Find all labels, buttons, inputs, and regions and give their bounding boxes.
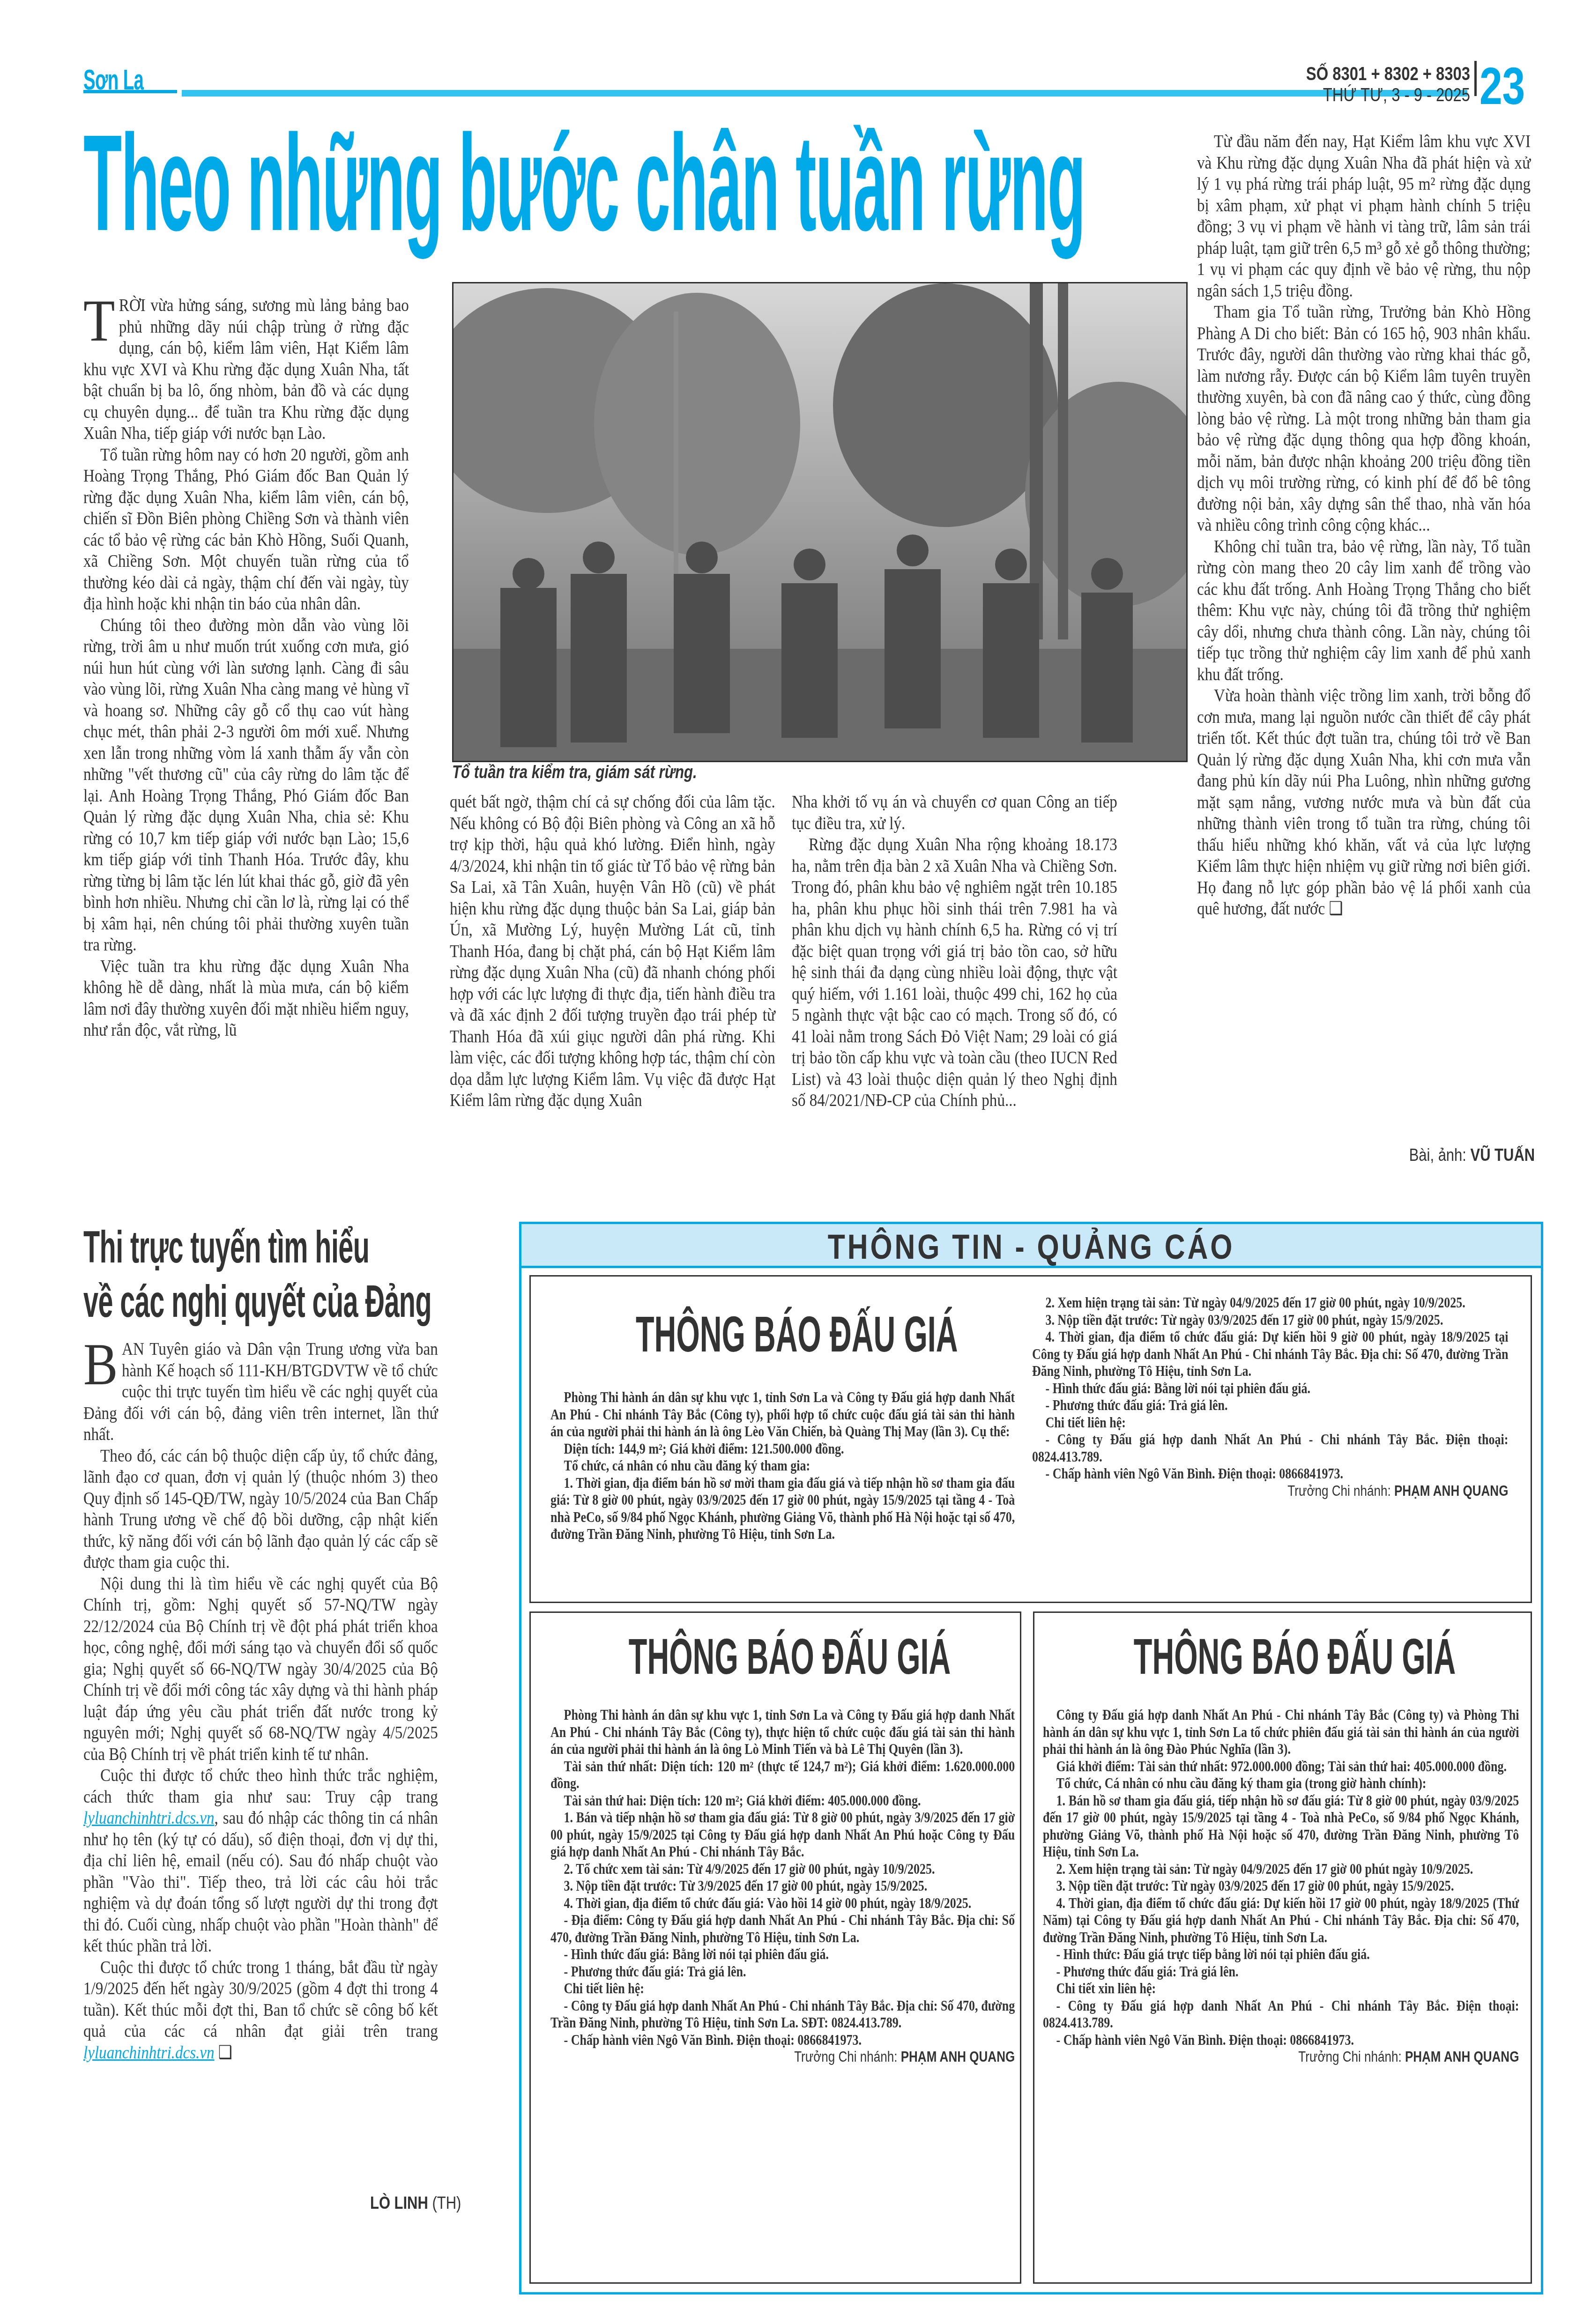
photo-caption: Tổ tuần tra kiểm tra, giám sát rừng. xyxy=(452,763,697,783)
dropcap: T xyxy=(83,298,115,343)
header-divider xyxy=(1474,61,1477,96)
issue-info: SỐ 8301 + 8302 + 8303 THỨ TƯ, 3 - 9 - 20… xyxy=(1270,63,1470,105)
main-article-column-1: TRỜI vừa hửng sáng, sương mù lảng bảng b… xyxy=(83,295,409,1041)
paragraph: Cuộc thi được tổ chức trong 1 tháng, bắt… xyxy=(83,1957,438,2064)
forest-patrol-photo xyxy=(452,282,1188,762)
paragraph: Tham gia Tổ tuần rừng, Trưởng bản Khò Hồ… xyxy=(1197,302,1531,536)
auction-notice-body: Phòng Thi hành án dân sự khu vực 1, tỉnh… xyxy=(550,1707,1015,2066)
issue-date: THỨ TƯ, 3 - 9 - 2025 xyxy=(1306,85,1470,105)
paragraph: Vừa hoàn thành việc trồng lim xanh, trời… xyxy=(1197,685,1531,920)
paragraph: Rừng đặc dụng Xuân Nha rộng khoảng 18.17… xyxy=(792,834,1117,1112)
paragraph: Nha khởi tố vụ án và chuyển cơ quan Công… xyxy=(792,792,1117,834)
auction-notice-3: THÔNG BÁO ĐẤU GIÁ Công ty Đấu giá hợp da… xyxy=(1033,1611,1532,2284)
second-article-byline: LÒ LINH (TH) xyxy=(370,2193,461,2213)
header-accent-bar xyxy=(83,90,177,93)
auction-notice-signature: Trưởng Chi nhánh: PHẠM ANH QUANG xyxy=(1032,1483,1508,1500)
auction-notice-title: THÔNG BÁO ĐẤU GIÁ xyxy=(629,1627,922,1685)
paragraph: Từ đầu năm đến nay, Hạt Kiểm lâm khu vực… xyxy=(1197,131,1531,302)
auction-notice-signature: Trưởng Chi nhánh: PHẠM ANH QUANG xyxy=(550,2049,1015,2066)
main-article-column-2: quét bất ngờ, thậm chí cả sự chống đối c… xyxy=(450,792,775,1112)
author-name: VŨ TUẤN xyxy=(1470,1145,1535,1165)
main-article-byline: Bài, ảnh: VŨ TUẤN xyxy=(1409,1145,1535,1165)
auction-notice-2: THÔNG BÁO ĐẤU GIÁ Phòng Thi hành án dân … xyxy=(529,1611,1021,2284)
contest-website-link[interactable]: lyluanchinhtri.dcs.vn xyxy=(83,1808,215,1828)
paragraph: Không chỉ tuần tra, bảo vệ rừng, lần này… xyxy=(1197,536,1531,686)
auction-notice-body-right: 2. Xem hiện trạng tài sản: Từ ngày 04/9/… xyxy=(1032,1294,1508,1500)
contest-website-link-2[interactable]: lyluanchinhtri.dcs.vn xyxy=(83,2043,215,2063)
second-article-headline: Thi trực tuyến tìm hiểu về các nghị quyế… xyxy=(83,1220,431,1329)
ad-section-banner: THÔNG TIN - QUẢNG CÁO xyxy=(521,1224,1541,1268)
paragraph: Cuộc thi được tổ chức theo hình thức trắ… xyxy=(83,1765,438,1957)
paragraph: Nội dung thi là tìm hiểu về các nghị quy… xyxy=(83,1574,438,1766)
dropcap: B xyxy=(83,1342,118,1387)
paragraph: Theo đó, các cán bộ thuộc diện cấp ủy, t… xyxy=(83,1446,438,1574)
end-mark-icon: ❑ xyxy=(215,2043,232,2063)
paragraph: Việc tuần tra khu rừng đặc dụng Xuân Nha… xyxy=(83,956,409,1041)
ad-section-title: THÔNG TIN - QUẢNG CÁO xyxy=(613,1227,1449,1267)
author-name: LÒ LINH xyxy=(370,2193,428,2213)
auction-notice-title: THÔNG BÁO ĐẤU GIÁ xyxy=(1134,1627,1431,1685)
photo-image-icon xyxy=(454,283,1188,762)
auction-notice-body-left: Phòng Thi hành án dân sự khu vực 1, tỉnh… xyxy=(550,1389,1015,1543)
paragraph: quét bất ngờ, thậm chí cả sự chống đối c… xyxy=(450,792,775,1112)
paragraph: Chúng tôi theo đường mòn dẫn vào vùng lõ… xyxy=(83,615,409,956)
main-article-column-4: Từ đầu năm đến nay, Hạt Kiểm lâm khu vực… xyxy=(1197,131,1531,920)
paragraph: TRỜI vừa hửng sáng, sương mù lảng bảng b… xyxy=(83,295,409,445)
auction-notice-1: THÔNG BÁO ĐẤU GIÁ Phòng Thi hành án dân … xyxy=(529,1275,1532,1603)
issue-number: SỐ 8301 + 8302 + 8303 xyxy=(1306,63,1470,85)
page-number: 23 xyxy=(1479,60,1525,112)
auction-notice-signature: Trưởng Chi nhánh: PHẠM ANH QUANG xyxy=(1043,2049,1519,2066)
main-article-column-3: Nha khởi tố vụ án và chuyển cơ quan Công… xyxy=(792,792,1117,1112)
paragraph: Tổ tuần rừng hôm nay có hơn 20 người, gồ… xyxy=(83,445,409,615)
auction-notice-body: Công ty Đấu giá hợp danh Nhất An Phú - C… xyxy=(1043,1707,1519,2066)
main-headline: Theo những bước chân tuần rừng xyxy=(83,105,1085,260)
second-article-body: BAN Tuyên giáo và Dân vận Trung ương vừa… xyxy=(83,1339,438,2064)
auction-notice-title: THÔNG BÁO ĐẤU GIÁ xyxy=(636,1305,922,1363)
paragraph: BAN Tuyên giáo và Dân vận Trung ương vừa… xyxy=(83,1339,438,1446)
